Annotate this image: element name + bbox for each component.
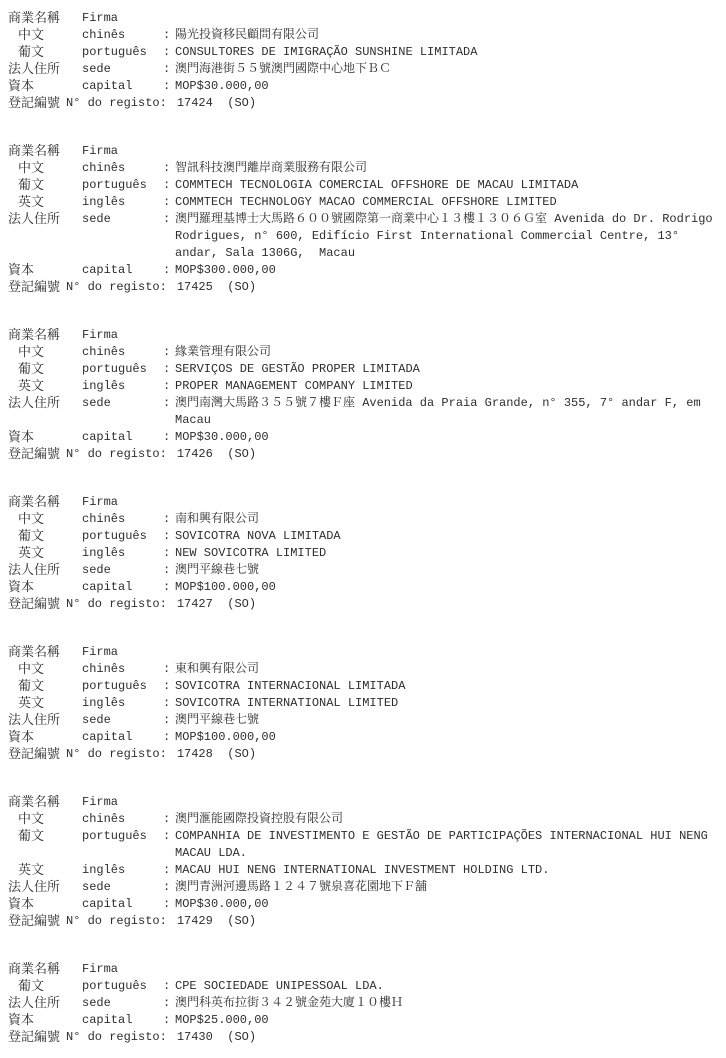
colon-separator: : bbox=[163, 344, 175, 361]
portuguese-label-zh: 葡文 bbox=[8, 828, 82, 845]
colon-separator: : bbox=[163, 712, 175, 729]
sede-label-zh: 法人住所 bbox=[8, 211, 82, 228]
portuguese-label-pt: português bbox=[82, 44, 163, 61]
sede-label-pt: sede bbox=[82, 712, 163, 729]
field-row-registo: 登記編號N° do registo:17424 (SO) bbox=[8, 95, 718, 112]
business-name-label-pt: Firma bbox=[82, 494, 163, 511]
field-row-chinese: 中文chinês:澳門滙能國際投資控股有限公司 bbox=[8, 811, 718, 828]
english-label-zh: 英文 bbox=[8, 378, 82, 395]
portuguese-label-pt: português bbox=[82, 528, 163, 545]
portuguese-label-pt: português bbox=[82, 978, 163, 995]
english-name-value: SOVICOTRA INTERNATIONAL LIMITED bbox=[175, 695, 718, 712]
registo-label-zh: 登記編號 bbox=[8, 746, 66, 763]
capital-label-pt: capital bbox=[82, 78, 163, 95]
entry-header-row: 商業名稱Firma bbox=[8, 327, 718, 344]
sede-label-pt: sede bbox=[82, 61, 163, 78]
company-entry: 商業名稱Firma中文chinês:陽光投資移民顧問有限公司葡文portuguê… bbox=[8, 10, 718, 112]
colon-separator: : bbox=[163, 378, 175, 395]
capital-label-pt: capital bbox=[82, 729, 163, 746]
registo-label-zh: 登記編號 bbox=[8, 1029, 66, 1046]
field-row-chinese: 中文chinês:南和興有限公司 bbox=[8, 511, 718, 528]
business-name-label-pt: Firma bbox=[82, 794, 163, 811]
capital-amount-value: MOP$100.000,00 bbox=[175, 579, 718, 596]
colon-separator: : bbox=[163, 678, 175, 695]
capital-label-pt: capital bbox=[82, 262, 163, 279]
registered-address-value: 澳門羅理基博士大馬路６００號國際第一商業中心１３樓１３０６Ｇ室 Avenida … bbox=[175, 211, 718, 262]
colon-separator: : bbox=[163, 78, 175, 95]
registration-number: 17424 (SO) bbox=[177, 95, 256, 112]
portuguese-name-value: COMMTECH TECNOLOGIA COMERCIAL OFFSHORE D… bbox=[175, 177, 718, 194]
field-row-registo: 登記編號N° do registo:17429 (SO) bbox=[8, 913, 718, 930]
field-row-english: 英文inglês:NEW SOVICOTRA LIMITED bbox=[8, 545, 718, 562]
colon-separator: : bbox=[163, 395, 175, 412]
capital-amount-value: MOP$30.000,00 bbox=[175, 896, 718, 913]
portuguese-name-value: SERVIÇOS DE GESTÃO PROPER LIMITADA bbox=[175, 361, 718, 378]
field-row-sede: 法人住所sede:澳門羅理基博士大馬路６００號國際第一商業中心１３樓１３０６Ｇ室… bbox=[8, 211, 718, 262]
portuguese-label-zh: 葡文 bbox=[8, 44, 82, 61]
entry-header-row: 商業名稱Firma bbox=[8, 10, 718, 27]
colon-separator: : bbox=[163, 211, 175, 228]
chinese-name-value: 東和興有限公司 bbox=[175, 661, 718, 678]
field-row-portuguese: 葡文português:COMPANHIA DE INVESTIMENTO E … bbox=[8, 828, 718, 862]
capital-label-zh: 資本 bbox=[8, 579, 82, 596]
colon-separator: : bbox=[163, 361, 175, 378]
colon-separator: : bbox=[163, 978, 175, 995]
registration-number: 17425 (SO) bbox=[177, 279, 256, 296]
registration-number: 17429 (SO) bbox=[177, 913, 256, 930]
chinese-name-value: 緣業管理有限公司 bbox=[175, 344, 718, 361]
business-name-label-zh: 商業名稱 bbox=[8, 494, 82, 511]
portuguese-label-zh: 葡文 bbox=[8, 678, 82, 695]
colon-separator: : bbox=[163, 862, 175, 879]
field-row-registo: 登記編號N° do registo:17427 (SO) bbox=[8, 596, 718, 613]
portuguese-name-value: SOVICOTRA INTERNACIONAL LIMITADA bbox=[175, 678, 718, 695]
portuguese-name-value: SOVICOTRA NOVA LIMITADA bbox=[175, 528, 718, 545]
capital-amount-value: MOP$25.000,00 bbox=[175, 1012, 718, 1029]
capital-label-zh: 資本 bbox=[8, 729, 82, 746]
chinese-name-value: 智訊科技澳門離岸商業服務有限公司 bbox=[175, 160, 718, 177]
colon-separator: : bbox=[163, 879, 175, 896]
registo-label-pt: N° do registo: bbox=[66, 95, 167, 112]
field-row-sede: 法人住所sede:澳門平線巷七號 bbox=[8, 712, 718, 729]
portuguese-label-pt: português bbox=[82, 828, 163, 845]
english-label-zh: 英文 bbox=[8, 194, 82, 211]
field-row-english: 英文inglês:SOVICOTRA INTERNATIONAL LIMITED bbox=[8, 695, 718, 712]
colon-separator: : bbox=[163, 661, 175, 678]
field-row-sede: 法人住所sede:澳門科英布拉街３４２號金苑大廈１０樓Ｈ bbox=[8, 995, 718, 1012]
business-name-label-pt: Firma bbox=[82, 644, 163, 661]
company-entry: 商業名稱Firma中文chinês:南和興有限公司葡文português:SOV… bbox=[8, 494, 718, 613]
capital-amount-value: MOP$100.000,00 bbox=[175, 729, 718, 746]
registered-address-value: 澳門平線巷七號 bbox=[175, 562, 718, 579]
field-row-english: 英文inglês:PROPER MANAGEMENT COMPANY LIMIT… bbox=[8, 378, 718, 395]
registered-address-value: 澳門海港街５５號澳門國際中心地下ＢＣ bbox=[175, 61, 718, 78]
colon-separator: : bbox=[163, 1012, 175, 1029]
english-label-pt: inglês bbox=[82, 695, 163, 712]
portuguese-label-zh: 葡文 bbox=[8, 361, 82, 378]
colon-separator: : bbox=[163, 828, 175, 845]
capital-label-pt: capital bbox=[82, 1012, 163, 1029]
capital-label-zh: 資本 bbox=[8, 429, 82, 446]
registered-address-value: 澳門南灣大馬路３５５號７樓Ｆ座 Avenida da Praia Grande,… bbox=[175, 395, 718, 429]
capital-amount-value: MOP$30.000,00 bbox=[175, 78, 718, 95]
sede-label-zh: 法人住所 bbox=[8, 712, 82, 729]
registo-label-pt: N° do registo: bbox=[66, 746, 167, 763]
field-row-sede: 法人住所sede:澳門青洲河邊馬路１２４７號泉喜花園地下Ｆ舖 bbox=[8, 879, 718, 896]
capital-label-zh: 資本 bbox=[8, 78, 82, 95]
field-row-sede: 法人住所sede:澳門南灣大馬路３５５號７樓Ｆ座 Avenida da Prai… bbox=[8, 395, 718, 429]
field-row-registo: 登記編號N° do registo:17426 (SO) bbox=[8, 446, 718, 463]
capital-label-zh: 資本 bbox=[8, 1012, 82, 1029]
business-name-label-pt: Firma bbox=[82, 961, 163, 978]
field-row-capital: 資本capital:MOP$30.000,00 bbox=[8, 78, 718, 95]
colon-separator: : bbox=[163, 695, 175, 712]
field-row-chinese: 中文chinês:緣業管理有限公司 bbox=[8, 344, 718, 361]
capital-label-pt: capital bbox=[82, 429, 163, 446]
portuguese-label-zh: 葡文 bbox=[8, 528, 82, 545]
company-entry: 商業名稱Firma中文chinês:智訊科技澳門離岸商業服務有限公司葡文port… bbox=[8, 143, 718, 296]
registo-label-pt: N° do registo: bbox=[66, 596, 167, 613]
registration-number: 17428 (SO) bbox=[177, 746, 256, 763]
business-registry-page: 商業名稱Firma中文chinês:陽光投資移民顧問有限公司葡文portuguê… bbox=[0, 0, 726, 1058]
entry-header-row: 商業名稱Firma bbox=[8, 143, 718, 160]
sede-label-zh: 法人住所 bbox=[8, 879, 82, 896]
portuguese-label-pt: português bbox=[82, 177, 163, 194]
english-name-value: PROPER MANAGEMENT COMPANY LIMITED bbox=[175, 378, 718, 395]
registered-address-value: 澳門科英布拉街３４２號金苑大廈１０樓Ｈ bbox=[175, 995, 718, 1012]
business-name-label-zh: 商業名稱 bbox=[8, 10, 82, 27]
sede-label-pt: sede bbox=[82, 395, 163, 412]
field-row-capital: 資本capital:MOP$25.000,00 bbox=[8, 1012, 718, 1029]
chinese-label-zh: 中文 bbox=[8, 344, 82, 361]
entry-header-row: 商業名稱Firma bbox=[8, 494, 718, 511]
company-entry: 商業名稱Firma中文chinês:澳門滙能國際投資控股有限公司葡文portug… bbox=[8, 794, 718, 930]
chinese-label-zh: 中文 bbox=[8, 661, 82, 678]
business-name-label-zh: 商業名稱 bbox=[8, 143, 82, 160]
colon-separator: : bbox=[163, 511, 175, 528]
colon-separator: : bbox=[163, 579, 175, 596]
english-label-pt: inglês bbox=[82, 862, 163, 879]
field-row-portuguese: 葡文português:CPE SOCIEDADE UNIPESSOAL LDA… bbox=[8, 978, 718, 995]
english-label-zh: 英文 bbox=[8, 545, 82, 562]
field-row-capital: 資本capital:MOP$300.000,00 bbox=[8, 262, 718, 279]
field-row-portuguese: 葡文português:SERVIÇOS DE GESTÃO PROPER LI… bbox=[8, 361, 718, 378]
company-entry: 商業名稱Firma葡文português:CPE SOCIEDADE UNIPE… bbox=[8, 961, 718, 1046]
field-row-registo: 登記編號N° do registo:17425 (SO) bbox=[8, 279, 718, 296]
chinese-label-zh: 中文 bbox=[8, 811, 82, 828]
registered-address-value: 澳門平線巷七號 bbox=[175, 712, 718, 729]
company-entry: 商業名稱Firma中文chinês:東和興有限公司葡文português:SOV… bbox=[8, 644, 718, 763]
chinese-name-value: 陽光投資移民顧問有限公司 bbox=[175, 27, 718, 44]
business-name-label-zh: 商業名稱 bbox=[8, 327, 82, 344]
portuguese-name-value: CPE SOCIEDADE UNIPESSOAL LDA. bbox=[175, 978, 718, 995]
portuguese-name-value: COMPANHIA DE INVESTIMENTO E GESTÃO DE PA… bbox=[175, 828, 718, 862]
capital-amount-value: MOP$30.000,00 bbox=[175, 429, 718, 446]
sede-label-pt: sede bbox=[82, 879, 163, 896]
portuguese-label-zh: 葡文 bbox=[8, 177, 82, 194]
field-row-english: 英文inglês:MACAU HUI NENG INTERNATIONAL IN… bbox=[8, 862, 718, 879]
english-label-zh: 英文 bbox=[8, 695, 82, 712]
colon-separator: : bbox=[163, 729, 175, 746]
sede-label-pt: sede bbox=[82, 562, 163, 579]
registo-label-zh: 登記編號 bbox=[8, 596, 66, 613]
field-row-english: 英文inglês:COMMTECH TECHNOLOGY MACAO COMME… bbox=[8, 194, 718, 211]
business-name-label-pt: Firma bbox=[82, 143, 163, 160]
sede-label-zh: 法人住所 bbox=[8, 61, 82, 78]
business-name-label-pt: Firma bbox=[82, 10, 163, 27]
english-label-pt: inglês bbox=[82, 378, 163, 395]
capital-label-zh: 資本 bbox=[8, 262, 82, 279]
registration-number: 17427 (SO) bbox=[177, 596, 256, 613]
registo-label-pt: N° do registo: bbox=[66, 446, 167, 463]
field-row-portuguese: 葡文português:SOVICOTRA INTERNACIONAL LIMI… bbox=[8, 678, 718, 695]
registo-label-zh: 登記編號 bbox=[8, 95, 66, 112]
field-row-sede: 法人住所sede:澳門海港街５５號澳門國際中心地下ＢＣ bbox=[8, 61, 718, 78]
registo-label-zh: 登記編號 bbox=[8, 913, 66, 930]
entry-header-row: 商業名稱Firma bbox=[8, 644, 718, 661]
sede-label-pt: sede bbox=[82, 211, 163, 228]
english-name-value: COMMTECH TECHNOLOGY MACAO COMMERCIAL OFF… bbox=[175, 194, 718, 211]
field-row-portuguese: 葡文português:SOVICOTRA NOVA LIMITADA bbox=[8, 528, 718, 545]
field-row-capital: 資本capital:MOP$30.000,00 bbox=[8, 896, 718, 913]
english-name-value: NEW SOVICOTRA LIMITED bbox=[175, 545, 718, 562]
chinese-label-pt: chinês bbox=[82, 811, 163, 828]
registo-label-zh: 登記編號 bbox=[8, 446, 66, 463]
field-row-registo: 登記編號N° do registo:17430 (SO) bbox=[8, 1029, 718, 1046]
field-row-registo: 登記編號N° do registo:17428 (SO) bbox=[8, 746, 718, 763]
chinese-label-pt: chinês bbox=[82, 27, 163, 44]
english-label-zh: 英文 bbox=[8, 862, 82, 879]
capital-amount-value: MOP$300.000,00 bbox=[175, 262, 718, 279]
field-row-portuguese: 葡文português:CONSULTORES DE IMIGRAÇÃO SUN… bbox=[8, 44, 718, 61]
sede-label-zh: 法人住所 bbox=[8, 995, 82, 1012]
chinese-label-zh: 中文 bbox=[8, 160, 82, 177]
chinese-label-pt: chinês bbox=[82, 661, 163, 678]
field-row-portuguese: 葡文português:COMMTECH TECNOLOGIA COMERCIA… bbox=[8, 177, 718, 194]
entry-header-row: 商業名稱Firma bbox=[8, 961, 718, 978]
company-entry: 商業名稱Firma中文chinês:緣業管理有限公司葡文português:SE… bbox=[8, 327, 718, 463]
chinese-label-pt: chinês bbox=[82, 511, 163, 528]
portuguese-label-zh: 葡文 bbox=[8, 978, 82, 995]
field-row-capital: 資本capital:MOP$30.000,00 bbox=[8, 429, 718, 446]
registo-label-pt: N° do registo: bbox=[66, 279, 167, 296]
colon-separator: : bbox=[163, 429, 175, 446]
field-row-sede: 法人住所sede:澳門平線巷七號 bbox=[8, 562, 718, 579]
english-label-pt: inglês bbox=[82, 194, 163, 211]
field-row-chinese: 中文chinês:智訊科技澳門離岸商業服務有限公司 bbox=[8, 160, 718, 177]
colon-separator: : bbox=[163, 61, 175, 78]
chinese-label-pt: chinês bbox=[82, 160, 163, 177]
english-name-value: MACAU HUI NENG INTERNATIONAL INVESTMENT … bbox=[175, 862, 718, 879]
english-label-pt: inglês bbox=[82, 545, 163, 562]
registo-label-pt: N° do registo: bbox=[66, 913, 167, 930]
colon-separator: : bbox=[163, 27, 175, 44]
colon-separator: : bbox=[163, 44, 175, 61]
sede-label-pt: sede bbox=[82, 995, 163, 1012]
entry-header-row: 商業名稱Firma bbox=[8, 794, 718, 811]
chinese-label-zh: 中文 bbox=[8, 27, 82, 44]
capital-label-zh: 資本 bbox=[8, 896, 82, 913]
colon-separator: : bbox=[163, 262, 175, 279]
portuguese-label-pt: português bbox=[82, 361, 163, 378]
business-name-label-pt: Firma bbox=[82, 327, 163, 344]
registo-label-pt: N° do registo: bbox=[66, 1029, 167, 1046]
chinese-name-value: 南和興有限公司 bbox=[175, 511, 718, 528]
registered-address-value: 澳門青洲河邊馬路１２４７號泉喜花園地下Ｆ舖 bbox=[175, 879, 718, 896]
business-name-label-zh: 商業名稱 bbox=[8, 961, 82, 978]
chinese-name-value: 澳門滙能國際投資控股有限公司 bbox=[175, 811, 718, 828]
sede-label-zh: 法人住所 bbox=[8, 562, 82, 579]
colon-separator: : bbox=[163, 160, 175, 177]
colon-separator: : bbox=[163, 545, 175, 562]
portuguese-name-value: CONSULTORES DE IMIGRAÇÃO SUNSHINE LIMITA… bbox=[175, 44, 718, 61]
business-name-label-zh: 商業名稱 bbox=[8, 644, 82, 661]
registration-number: 17430 (SO) bbox=[177, 1029, 256, 1046]
colon-separator: : bbox=[163, 528, 175, 545]
colon-separator: : bbox=[163, 811, 175, 828]
field-row-capital: 資本capital:MOP$100.000,00 bbox=[8, 729, 718, 746]
colon-separator: : bbox=[163, 995, 175, 1012]
colon-separator: : bbox=[163, 896, 175, 913]
chinese-label-zh: 中文 bbox=[8, 511, 82, 528]
chinese-label-pt: chinês bbox=[82, 344, 163, 361]
colon-separator: : bbox=[163, 194, 175, 211]
field-row-chinese: 中文chinês:東和興有限公司 bbox=[8, 661, 718, 678]
registration-number: 17426 (SO) bbox=[177, 446, 256, 463]
registo-label-zh: 登記編號 bbox=[8, 279, 66, 296]
portuguese-label-pt: português bbox=[82, 678, 163, 695]
capital-label-pt: capital bbox=[82, 896, 163, 913]
business-name-label-zh: 商業名稱 bbox=[8, 794, 82, 811]
colon-separator: : bbox=[163, 177, 175, 194]
capital-label-pt: capital bbox=[82, 579, 163, 596]
field-row-chinese: 中文chinês:陽光投資移民顧問有限公司 bbox=[8, 27, 718, 44]
sede-label-zh: 法人住所 bbox=[8, 395, 82, 412]
colon-separator: : bbox=[163, 562, 175, 579]
field-row-capital: 資本capital:MOP$100.000,00 bbox=[8, 579, 718, 596]
